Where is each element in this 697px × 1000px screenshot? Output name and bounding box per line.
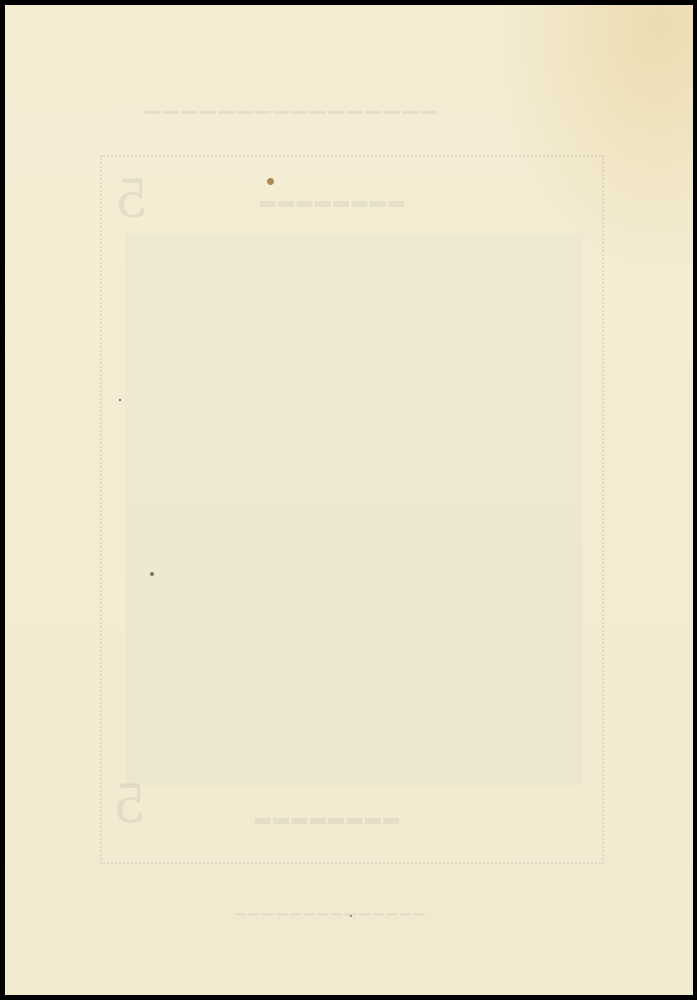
- paper-sheet: ▁▁▁▁▁▁▁▁▁▁▁▁▁▁▁▁ 5 ▂▂▂▂▂▂▂▂ 5 ▂▂▂▂▂▂▂▂ ▁…: [5, 5, 693, 995]
- stamp-title-ghost: ▂▂▂▂▂▂▂▂: [260, 183, 407, 207]
- dust-spot: [350, 915, 352, 917]
- dust-spot: [119, 399, 121, 401]
- top-denomination-ghost: 5: [115, 170, 148, 230]
- bottom-denomination-ghost: 5: [113, 775, 146, 835]
- bottom-inscription-ghost: ▁▁▁▁▁▁▁▁▁▁▁▁▁▁: [235, 900, 428, 916]
- stamp-caption-ghost: ▂▂▂▂▂▂▂▂: [255, 800, 402, 824]
- top-inscription-ghost: ▁▁▁▁▁▁▁▁▁▁▁▁▁▁▁▁: [145, 90, 439, 114]
- stain-spot: [267, 178, 274, 185]
- dust-spot: [150, 572, 154, 576]
- stamp-image-area: [125, 233, 583, 785]
